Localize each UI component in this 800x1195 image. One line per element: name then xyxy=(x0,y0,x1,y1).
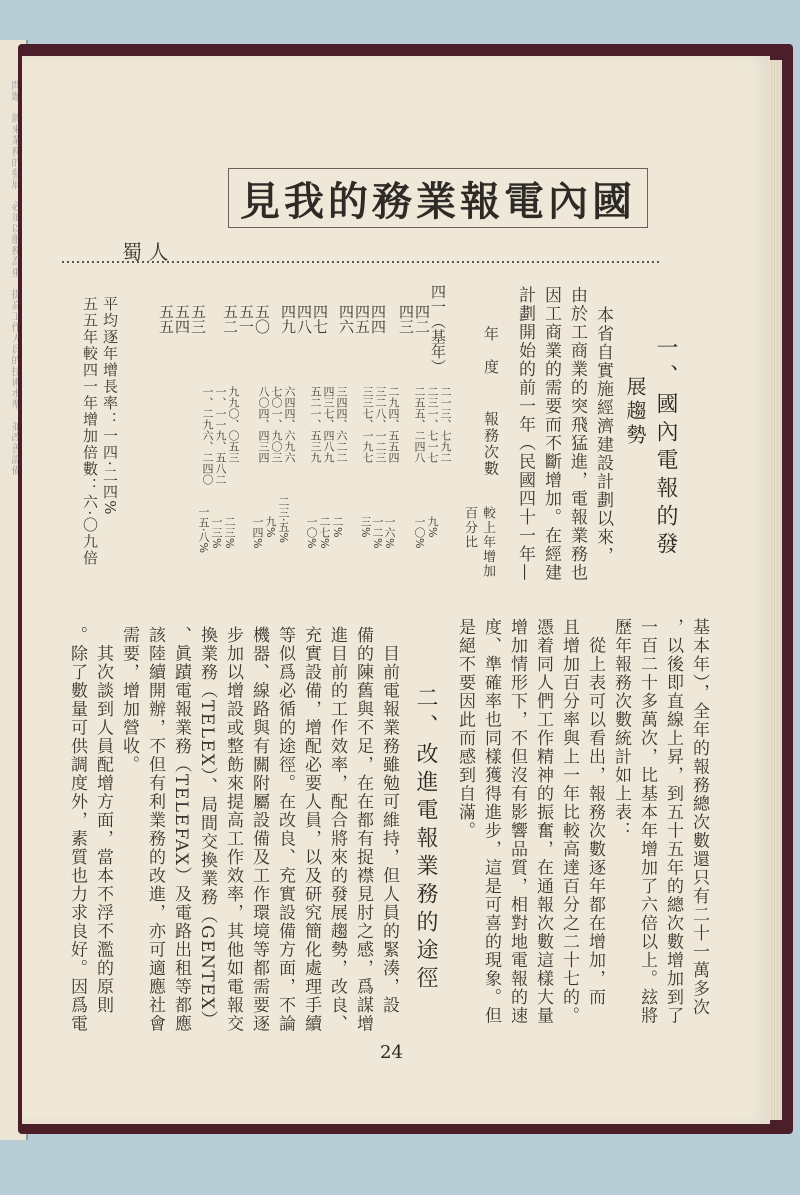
table-year: 四七 xyxy=(312,304,328,334)
table-year: 五一 xyxy=(238,304,254,334)
table-count: 三四四、六二二 xyxy=(336,386,347,463)
table-pct: 一五·八% xyxy=(198,506,209,553)
text-line: 計劃開始的前一年（民國四十一年— xyxy=(512,286,538,616)
table-year: 四九 xyxy=(280,304,296,334)
table-pct: 一〇% xyxy=(414,516,425,548)
text-line: 基本年），全年的報務總次數還只有二十一萬多次 xyxy=(686,618,712,1038)
section1-intro: 本省自實施經濟建設計劃以來， 由於工商業的突飛猛進，電報業務也 因工商業的需要而… xyxy=(506,286,616,616)
table-count: 三三七、一九七 xyxy=(362,386,373,463)
text-line: 等似爲必循的途徑。在改良、充實設備方面，不論 xyxy=(272,626,298,1036)
text-line: 增加情形下，不但沒有影響品質，相對地電報的速 xyxy=(504,618,530,1038)
text-line: 其次談到人員配增方面，當本不浮不濫的原則 xyxy=(90,626,116,1036)
text-line: 。除了數量可供調度外，素質也力求良好。因爲電 xyxy=(64,626,90,1036)
table-pct: 二% xyxy=(332,516,343,537)
text-line: 該陸續開辦，不但有利業務的改進，亦可適應社會 xyxy=(142,626,168,1036)
table-pct: 二七% xyxy=(319,516,330,548)
book-page: 蜀 人 國內電報業務的我見 一、國內電報的發 展趨勢 本省自實施經濟建設計劃以來… xyxy=(22,56,770,1124)
page-number: 24 xyxy=(380,1042,403,1063)
text-line: 備的陳舊與不足，在在都有捉襟見肘之感，爲謀增 xyxy=(350,626,376,1036)
text-line: 步加以增設或整飭來提高工作效率，其他如電報交 xyxy=(220,626,246,1036)
table-year: 五〇 xyxy=(254,304,270,334)
table-year: 五三 xyxy=(190,304,206,334)
table-pct: 一三% xyxy=(211,516,222,548)
table-count: 三二八、一二三 xyxy=(375,386,386,463)
table-count: 一、一一九、五八二 xyxy=(215,386,226,485)
text-line: 目前電報業務雖勉可維持，但人員的緊湊，設 xyxy=(376,626,402,1036)
table-count: 二三一、七一七 xyxy=(427,386,438,463)
table-year: 四八 xyxy=(296,304,312,334)
table-count: 二五五、二四八 xyxy=(414,386,425,463)
table-pct: 一〇% xyxy=(306,516,317,548)
text-line: 因工商業的需要而不斷增加。在經建 xyxy=(538,286,564,616)
text-line: 需要，增加營收。 xyxy=(116,626,142,1036)
text-line: 、眞蹟電報業務（TELEFAX）及電路出租等都應 xyxy=(168,626,194,1036)
section1-body: 基本年），全年的報務總次數還只有二十一萬多次 ，以後即直線上昇，到五十五年的總次… xyxy=(442,618,712,1038)
table-year: 四六 xyxy=(338,304,354,334)
text-line: 且增加百分率與上一年比較高達百分之二十七的。 xyxy=(556,618,582,1038)
table-header-pct: 較上年增加百分比 xyxy=(460,506,496,586)
table-pct: 一六% xyxy=(384,516,395,548)
summary-growth-rate: 平均逐年增長率：一四·二四% xyxy=(100,296,120,616)
section1-heading-cont: 展趨勢 xyxy=(622,376,648,496)
table-year: 五五 xyxy=(158,304,174,334)
text-line: 一百二十多萬次，比基本年增加了六倍以上。玆將 xyxy=(634,618,660,1038)
table-count: 七〇一、九〇三 xyxy=(271,386,282,463)
section2-body: 目前電報業務雖勉可維持，但人員的緊湊，設 備的陳舊與不足，在在都有捉襟見肘之感，… xyxy=(62,626,402,1036)
table-year: 五二 xyxy=(222,304,238,334)
table-count: 五二一、五三九 xyxy=(310,386,321,463)
text-line: 度、準確率也同樣獲得進步，這是可喜的現象。但 xyxy=(478,618,504,1038)
table-year: 五四 xyxy=(174,304,190,334)
text-line: 從上表可以看出，報務次數逐年都在增加，而 xyxy=(582,618,608,1038)
table-count: 九九〇、〇五三 xyxy=(228,386,239,463)
table-year: 四一（基年） xyxy=(430,284,446,374)
article-title: 國內電報業務的我見 xyxy=(240,170,636,227)
table-count: 六四四、六九六 xyxy=(284,386,295,463)
table-header-year: 年 度 xyxy=(478,326,504,386)
table-pct: 二三·五% xyxy=(278,496,289,543)
table-pct: 一四% xyxy=(252,516,263,548)
table-pct: 一二% xyxy=(372,516,383,548)
text-line: 換業務（TELEX）、局間交換業務（GENTEX） xyxy=(194,626,220,1036)
text-line: ，以後即直線上昇，到五十五年的總次數增加到了 xyxy=(660,618,686,1038)
table-pct: 九% xyxy=(427,516,438,537)
text-line: 歷年報務次數統計如上表： xyxy=(608,618,634,1038)
text-line: 本省自實施經濟建設計劃以來， xyxy=(590,286,616,616)
table-count: 一、二九六、二四〇 xyxy=(202,386,213,485)
table-year: 四三 xyxy=(398,304,414,334)
table-year: 四二 xyxy=(414,304,430,334)
table-pct: 二三% xyxy=(224,516,235,548)
table-pct: 九% xyxy=(265,516,276,537)
text-line: 機器、線路與有關附屬設備及工作環境等都需要逐 xyxy=(246,626,272,1036)
table-header-count: 報務次數 xyxy=(478,411,504,491)
table-count: 八〇四、四三四 xyxy=(258,386,269,463)
text-line: 充實設備，增配必要人員，以及研究簡化處理手續 xyxy=(298,626,324,1036)
table-count: 四三七、四八九 xyxy=(323,386,334,463)
table-year: 四四 xyxy=(370,304,386,334)
section2-heading: 二、改進電報業務的途徑 xyxy=(410,686,440,1026)
text-line: 是絕不要因此而感到自滿。 xyxy=(452,618,478,1038)
text-line: 由於工商業的突飛猛進，電報業務也 xyxy=(564,286,590,616)
text-line: 憑着同人們工作精神的振奮，在通報次數這樣大量 xyxy=(530,618,556,1038)
table-pct: 三% xyxy=(360,516,371,537)
table-count: 二九四、五五四 xyxy=(388,386,399,463)
title-box: 國內電報業務的我見 xyxy=(228,168,648,228)
table-year: 四五 xyxy=(354,304,370,334)
table-count: 二一三、七九二 xyxy=(440,386,451,463)
section1-heading: 一、國內電報的發 xyxy=(650,336,680,616)
summary-multiplier: 五五年較四一年增加倍數：六·〇九倍 xyxy=(80,296,100,636)
text-line: 進目前的工作效率，配合將來的發展趨勢，改良、 xyxy=(324,626,350,1036)
divider-line xyxy=(62,261,662,263)
